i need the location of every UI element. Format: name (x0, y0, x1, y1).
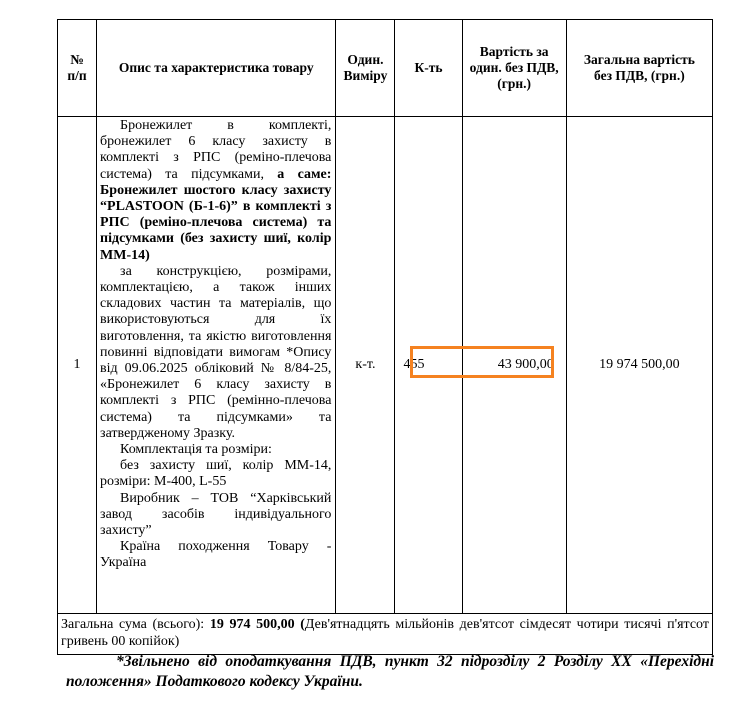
description-paragraph: Бронежилет в комплекті, бронежилет 6 кла… (100, 118, 331, 264)
summary-row: Загальна сума (всього): 19 974 500,00 (Д… (58, 614, 713, 655)
vat-exemption-footnote: *Звільнено від оподаткування ПДВ, пункт … (66, 652, 714, 692)
header-number: № п/п (58, 20, 97, 117)
header-total-price: Загальна вартість без ПДВ, (грн.) (566, 20, 712, 117)
row-number: 1 (58, 117, 97, 614)
row-quantity: 455 (395, 117, 462, 614)
summary-cell: Загальна сума (всього): 19 974 500,00 (Д… (58, 614, 713, 655)
summary-label: Загальна сума (всього): (61, 617, 210, 632)
header-description: Опис та характеристика товару (97, 20, 336, 117)
summary-amount: 19 974 500,00 (210, 617, 295, 632)
description-paragraph: без захисту шиї, колір ММ-14, розміри: М… (100, 458, 331, 490)
row-description: Бронежилет в комплекті, бронежилет 6 кла… (97, 117, 336, 614)
table-row: 1 Бронежилет в комплекті, бронежилет 6 к… (58, 117, 713, 614)
header-row: № п/п Опис та характеристика товару Один… (58, 20, 713, 117)
row-unit: к-т. (336, 117, 395, 614)
specification-table: № п/п Опис та характеристика товару Один… (57, 19, 713, 655)
description-paragraph: Країна походження Товару - Україна (100, 539, 331, 571)
description-paragraph: Виробник – ТОВ “Харківський завод засобі… (100, 491, 331, 540)
description-paragraph: за конструкцією, розмірами, комплектаціє… (100, 264, 331, 442)
row-total-price: 19 974 500,00 (566, 117, 712, 614)
row-unit-price: 43 900,00 (462, 117, 566, 614)
header-unit: Один. Виміру (336, 20, 395, 117)
header-unit-price: Вартість за один. без ПДВ, (грн.) (462, 20, 566, 117)
header-quantity: К-ть (395, 20, 462, 117)
description-paragraph: Комплектація та розміри: (100, 442, 331, 458)
